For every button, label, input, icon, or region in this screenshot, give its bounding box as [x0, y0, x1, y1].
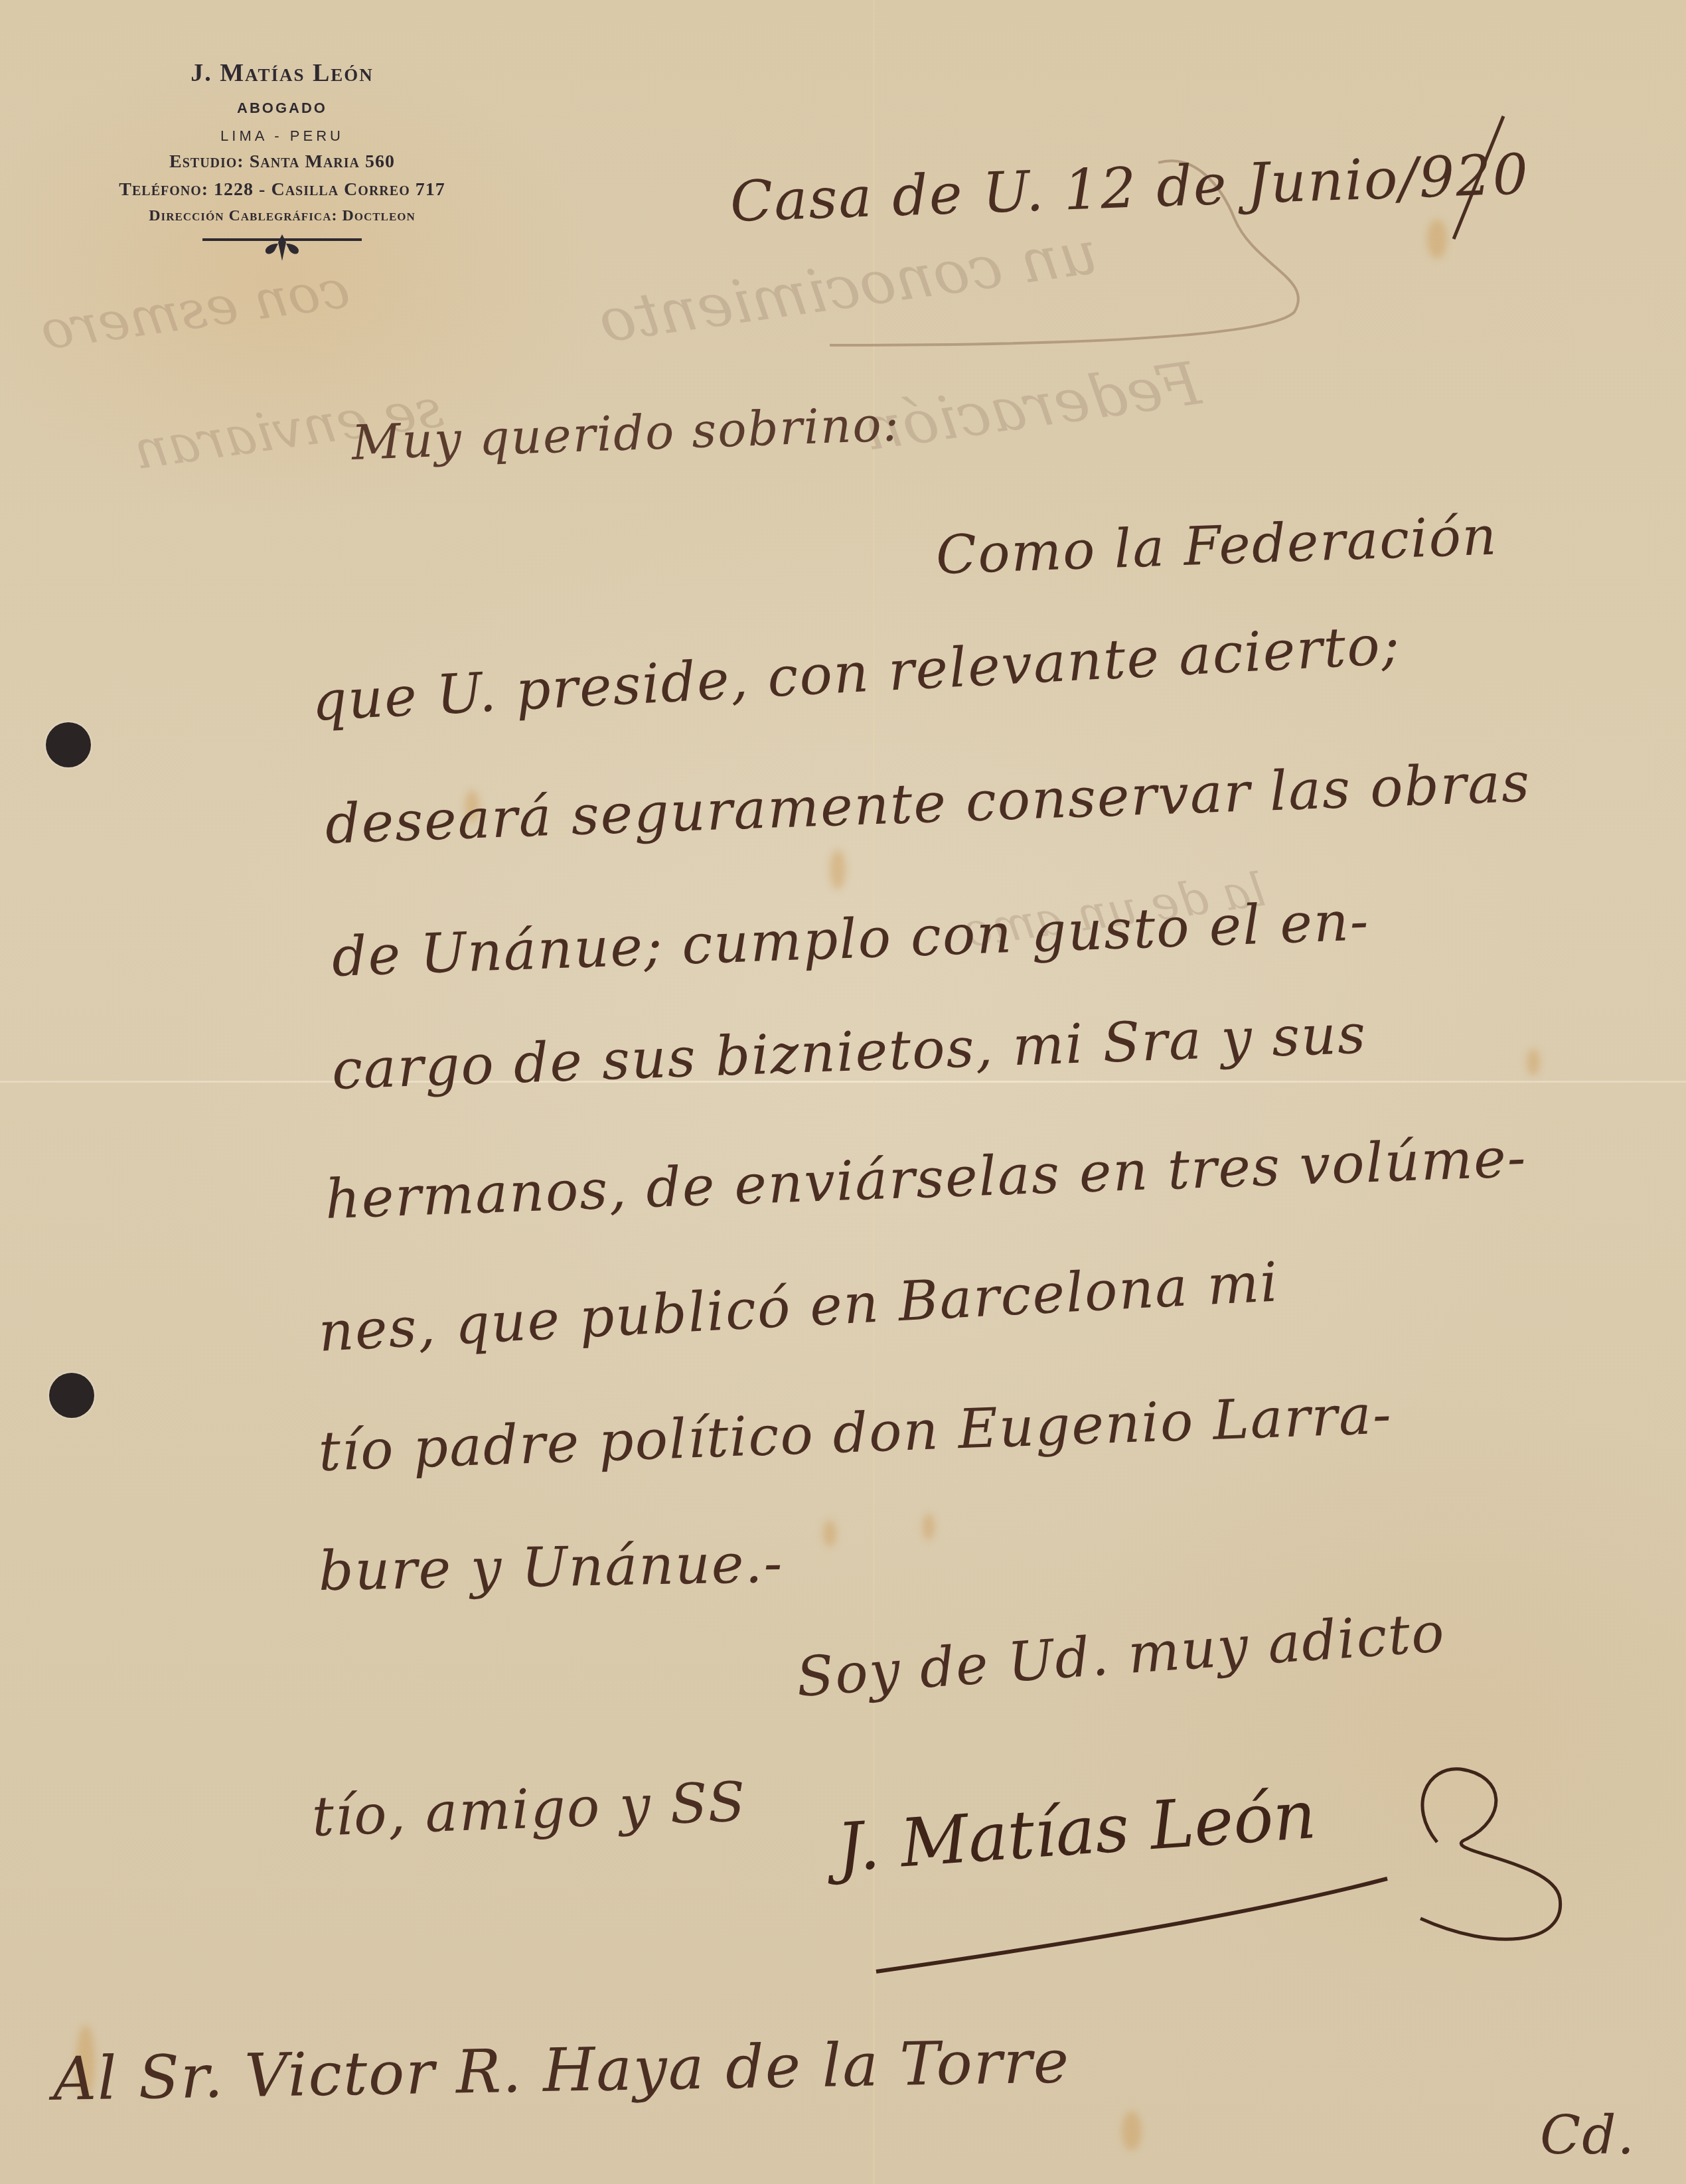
letter-page: un conocimiento con esmero Federación se…: [0, 0, 1686, 2184]
addressee-city: Cd.: [1540, 2104, 1636, 2166]
body-line-9: bure y Unánue.-: [318, 1532, 784, 1603]
